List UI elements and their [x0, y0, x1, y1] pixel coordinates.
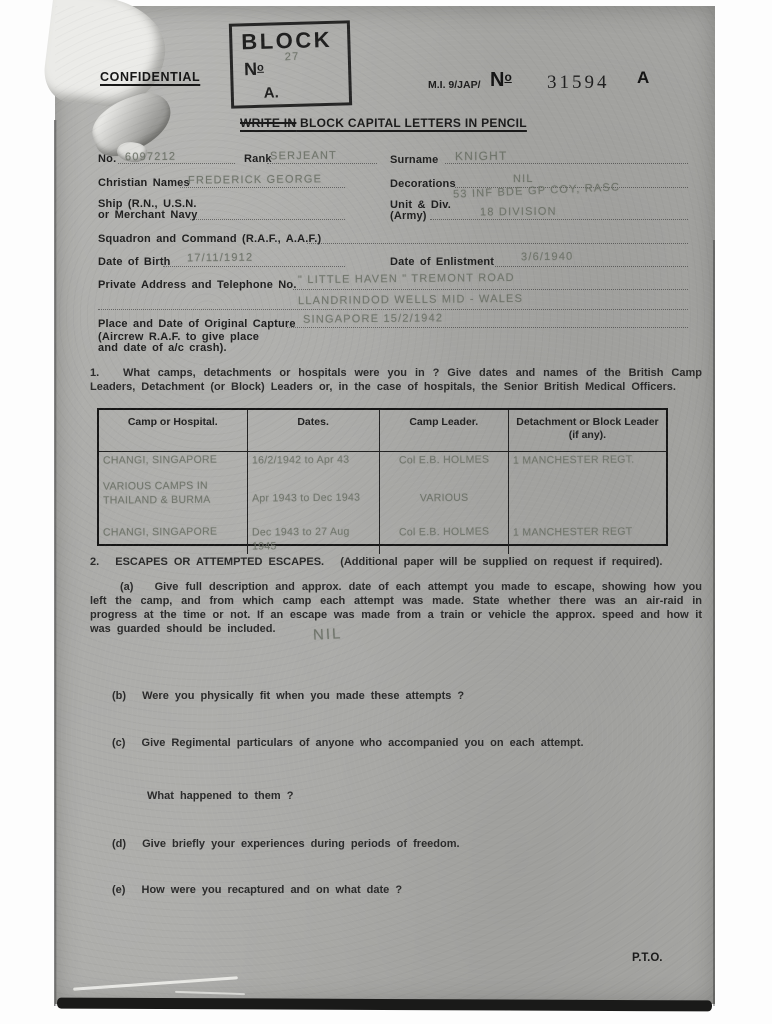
field-address-line2 [98, 309, 688, 310]
camp-cell: VARIOUS CAMPS IN THAILAND & BURMA [103, 478, 243, 507]
item-d-label: (d) [112, 838, 126, 850]
field-rank-value: SERJEANT [270, 150, 337, 163]
paper-crease-2 [175, 991, 245, 995]
field-surname-line [445, 163, 688, 164]
camp-cell: CHANGI, SINGAPORE [103, 518, 243, 539]
section-2-note: (Additional paper will be supplied on re… [340, 556, 662, 568]
dates-cell: 16/2/1942 to Apr 43 [251, 452, 374, 467]
item-c: (c) Give Regimental particulars of anyon… [112, 737, 584, 749]
scan-edge-bottom [57, 998, 712, 1012]
item-d: (d) Give briefly your experiences during… [112, 838, 460, 850]
field-dob-label: Date of Birth [98, 256, 171, 268]
item-c-label: (c) [112, 737, 125, 749]
stamp-block-number-handwritten: 27 [285, 51, 300, 64]
field-ship-label-line2: or Merchant Navy [98, 209, 198, 221]
leader-cell: VARIOUS [384, 478, 504, 505]
field-capture-label: Place and Date of Original Capture [98, 318, 296, 330]
field-unit-div-label-line2: (Army) [390, 210, 427, 222]
detachment-cell: 1 MANCHESTER REGT. [513, 452, 662, 467]
field-christian-names-value: FREDERICK GEORGE [188, 173, 322, 186]
stamp-a-label: A. [264, 84, 279, 101]
field-address-value-line1: " LITTLE HAVEN " TREMONT ROAD [298, 272, 515, 286]
item-e-text: How were you recaptured and on what date… [142, 884, 403, 896]
table-row: Col E.B. HOLMES [380, 452, 509, 478]
field-decorations-value: NIL [513, 173, 534, 185]
field-unit-div-value-line1: 53 INF BDE GP COY, RASC [453, 181, 621, 200]
field-dob-value: 17/11/1912 [187, 252, 253, 265]
field-capture-line [287, 327, 688, 328]
item-a-answer: NIL [313, 625, 343, 644]
field-christian-names-label: Christian Names [98, 177, 190, 189]
item-e: (e) How were you recaptured and on what … [112, 884, 402, 896]
field-unit-div-line [430, 219, 688, 220]
capital-letters-instruction: WRITE IN BLOCK CAPITAL LETTERS IN PENCIL [240, 116, 527, 130]
item-b: (b) Were you physically fit when you mad… [112, 690, 464, 702]
instruction-rest-text: BLOCK CAPITAL LETTERS IN PENCIL [296, 116, 527, 130]
item-c-text: Give Regimental particulars of anyone wh… [142, 737, 584, 749]
scan-edge-right [713, 240, 715, 1006]
table-row: Apr 1943 to Dec 1943 [248, 478, 380, 518]
table-row: VARIOUS CAMPS IN THAILAND & BURMA [99, 478, 248, 518]
item-a-text: Give full description and approx. date o… [90, 581, 702, 635]
table-row [509, 478, 666, 518]
field-enlistment-line [495, 266, 688, 267]
camps-table: Camp or Hospital. Dates. Camp Leader. De… [97, 408, 668, 546]
form-serial-number: 31594 [547, 72, 610, 94]
field-capture-note-line2: and date of a/c crash). [98, 342, 227, 354]
field-squadron-line [307, 243, 688, 244]
camps-table-header-dates: Dates. [248, 410, 380, 452]
paper-crease [73, 976, 238, 991]
item-b-label: (b) [112, 690, 126, 702]
item-d-text: Give briefly your experiences during per… [142, 838, 459, 850]
field-decorations-label: Decorations [390, 178, 456, 190]
item-a: (a) Give full description and approx. da… [90, 580, 702, 636]
section-2-number: 2. [90, 556, 99, 568]
table-row: 16/2/1942 to Apr 43 [248, 452, 380, 478]
field-squadron-label: Squadron and Command (R.A.F., A.A.F.) [98, 233, 321, 245]
field-unit-div-value-line2: 18 DIVISION [480, 206, 557, 219]
table-row: 1 MANCHESTER REGT [509, 518, 666, 554]
confidential-marking: CONFIDENTIAL [100, 70, 200, 84]
field-enlistment-value: 3/6/1940 [521, 251, 574, 264]
camps-table-header-detachment: Detachment or Block Leader (if any). [509, 410, 666, 452]
stamp-no-n: N [244, 59, 258, 79]
camps-table-header-camp: Camp or Hospital. [99, 410, 248, 452]
instruction-struck-text: WRITE IN [240, 116, 296, 130]
form-reference-no-label: No [490, 69, 512, 92]
camps-table-header-leader: Camp Leader. [380, 410, 509, 452]
item-a-label: (a) [120, 581, 133, 593]
field-address-line1 [293, 289, 688, 290]
table-row: Col E.B. HOLMES [380, 518, 509, 554]
table-row: Dec 1943 to 27 Aug 1945 [248, 518, 380, 554]
field-capture-value: SINGAPORE 15/2/1942 [303, 312, 443, 325]
scanned-document: CONFIDENTIAL BLOCK No 27 A. M.I. 9/JAP/ … [0, 0, 772, 1024]
question-1-text: 1. What camps, detachments or hospitals … [90, 366, 702, 394]
field-dob-line [163, 266, 345, 267]
field-address-value-line2: LLANDRINDOD WELLS MID - WALES [298, 293, 523, 307]
field-surname-value: KNIGHT [455, 149, 508, 164]
camp-cell: CHANGI, SINGAPORE [103, 452, 243, 467]
detachment-cell [513, 478, 662, 479]
item-b-text: Were you physically fit when you made th… [142, 690, 464, 702]
item-e-label: (e) [112, 884, 125, 896]
field-enlistment-label: Date of Enlistment [390, 256, 494, 268]
section-2-heading: 2. ESCAPES OR ATTEMPTED ESCAPES. (Additi… [90, 556, 662, 568]
ref-no-o: o [504, 70, 511, 84]
form-reference-suffix: A [637, 68, 649, 88]
dates-cell: Apr 1943 to Dec 1943 [251, 478, 374, 505]
ref-no-n: N [490, 69, 504, 91]
field-christian-names-line [180, 187, 345, 188]
question-1-number: 1. [90, 367, 99, 379]
stamp-no-o: o [257, 62, 264, 74]
field-no-value: 6097212 [125, 151, 176, 164]
scan-edge-left [54, 120, 57, 1006]
questionnaire-page: CONFIDENTIAL BLOCK No 27 A. M.I. 9/JAP/ … [55, 6, 715, 1004]
field-ship-line [190, 219, 345, 220]
table-row: CHANGI, SINGAPORE [99, 452, 248, 478]
table-row: CHANGI, SINGAPORE [99, 518, 248, 554]
form-reference-prefix: M.I. 9/JAP/ [428, 79, 481, 91]
field-address-label: Private Address and Telephone No. [98, 279, 297, 291]
item-c-followup: What happened to them ? [147, 790, 293, 802]
dates-cell: Dec 1943 to 27 Aug 1945 [251, 518, 374, 553]
page-turn-over-marker: P.T.O. [632, 952, 662, 964]
table-row: VARIOUS [380, 478, 509, 518]
field-surname-label: Surname [390, 154, 438, 166]
detachment-cell: 1 MANCHESTER REGT [513, 518, 662, 539]
block-number-stamp: BLOCK No 27 A. [229, 20, 352, 108]
leader-cell: Col E.B. HOLMES [384, 452, 504, 467]
leader-cell: Col E.B. HOLMES [384, 518, 504, 539]
field-rank-line [267, 163, 377, 164]
field-no-label: No. [98, 153, 116, 165]
table-row: 1 MANCHESTER REGT. [509, 452, 666, 478]
stamp-no-label: No [244, 59, 264, 81]
section-2-title: ESCAPES OR ATTEMPTED ESCAPES. [115, 556, 324, 568]
question-1-body: What camps, detachments or hospitals wer… [90, 367, 702, 393]
